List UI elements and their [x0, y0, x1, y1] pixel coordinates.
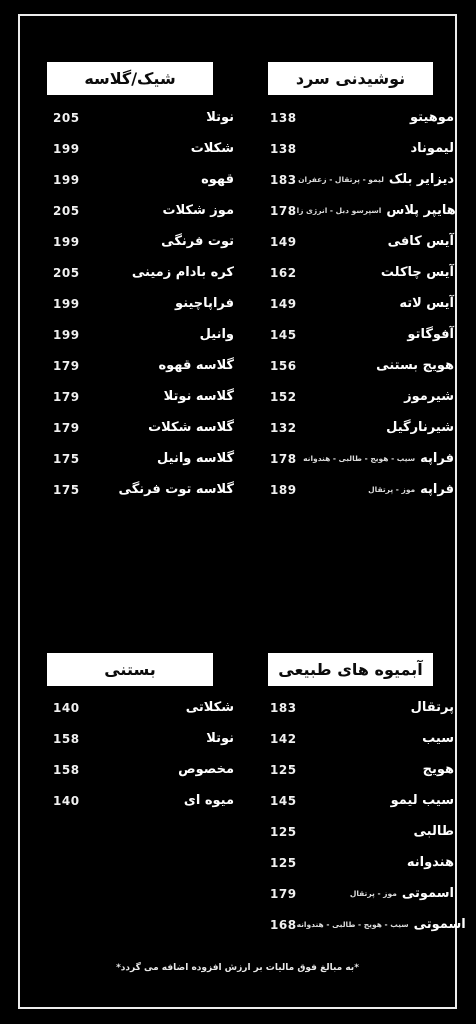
item-price: 199 — [53, 328, 80, 342]
item-name-group: فراپهموز - پرتقال — [368, 482, 454, 497]
item-price: 178 — [270, 204, 297, 218]
section-title-ice-cream: بستنی — [47, 653, 213, 686]
item-name-group: فراپهسیب - هویج - طالبی - هندوانه — [303, 451, 454, 466]
menu-item-row: 168اسموتیسیب - هویج - طالبی - هندوانه — [270, 909, 454, 940]
item-price: 149 — [270, 235, 297, 249]
item-price: 156 — [270, 359, 297, 373]
item-price: 199 — [53, 297, 80, 311]
item-name: پرتقال — [411, 700, 454, 715]
item-name-group: فراپاچینو — [175, 296, 234, 311]
menu-item-row: 138لیموناد — [270, 133, 454, 164]
item-price: 132 — [270, 421, 297, 435]
item-name-group: مخصوص — [178, 762, 234, 777]
item-name: فراپاچینو — [175, 296, 234, 311]
item-name: شکلات — [191, 141, 234, 156]
item-name: گلاسه توت فرنگی — [119, 482, 234, 497]
item-list-ice-cream: 140شکلاتی158نوتلا158مخصوص140میوه ای — [53, 692, 234, 816]
menu-item-row: 183دیزایر بلکلیمو - پرتقال - زعفران — [270, 164, 454, 195]
item-name: هویج — [423, 762, 454, 777]
item-name-group: هایپر پلاساسپرسو دبل - انرژی زا — [297, 203, 456, 218]
item-price: 138 — [270, 111, 297, 125]
item-name: هایپر پلاس — [386, 203, 455, 218]
item-name-group: نوتلا — [206, 110, 234, 125]
item-price: 199 — [53, 142, 80, 156]
menu-item-row: 199قهوه — [53, 164, 234, 195]
item-price: 168 — [270, 918, 297, 932]
item-name-group: هویج بستنی — [376, 358, 454, 373]
item-name: آیس کافی — [388, 234, 454, 249]
item-note: موز - پرتقال — [368, 485, 415, 494]
item-name-group: شیرنارگیل — [386, 420, 454, 435]
item-price: 199 — [53, 173, 80, 187]
item-note: موز - پرتقال — [350, 889, 397, 898]
item-name: سیب — [422, 731, 454, 746]
item-name-group: شیرموز — [404, 389, 454, 404]
item-name: وانیل — [200, 327, 234, 342]
menu-item-row: 205موز شکلات — [53, 195, 234, 226]
item-price: 179 — [53, 359, 80, 373]
menu-item-row: 158نوتلا — [53, 723, 234, 754]
item-price: 125 — [270, 856, 297, 870]
item-name-group: شکلاتی — [186, 700, 234, 715]
item-name-group: هندوانه — [407, 855, 454, 870]
item-name: گلاسه نوتلا — [164, 389, 234, 404]
item-name-group: هویج — [423, 762, 454, 777]
section-title-text: نوشیدنی سرد — [296, 69, 405, 88]
item-name-group: اسموتیموز - پرتقال — [350, 886, 454, 901]
item-name-group: پرتقال — [411, 700, 454, 715]
item-name: فراپه — [420, 482, 454, 497]
item-name-group: دیزایر بلکلیمو - پرتقال - زعفران — [298, 172, 454, 187]
item-name-group: لیموناد — [411, 141, 455, 156]
item-name: موز شکلات — [163, 203, 235, 218]
section-title-text: بستنی — [104, 660, 156, 679]
item-name-group: گلاسه توت فرنگی — [119, 482, 234, 497]
item-price: 199 — [53, 235, 80, 249]
menu-item-row: 145سیب لیمو — [270, 785, 454, 816]
item-name: کره بادام زمینی — [132, 265, 234, 280]
item-name: مخصوص — [178, 762, 234, 777]
item-name: طالبی — [414, 824, 454, 839]
item-name-group: وانیل — [200, 327, 234, 342]
item-name: آیس لاته — [399, 296, 454, 311]
item-name: آیس چاکلت — [381, 265, 454, 280]
menu-item-row: 205کره بادام زمینی — [53, 257, 234, 288]
menu-item-row: 175گلاسه وانیل — [53, 443, 234, 474]
menu-item-row: 199وانیل — [53, 319, 234, 350]
item-name: توت فرنگی — [161, 234, 234, 249]
item-name-group: گلاسه قهوه — [158, 358, 234, 373]
menu-item-row: 125هندوانه — [270, 847, 454, 878]
menu-item-row: 179گلاسه نوتلا — [53, 381, 234, 412]
item-name-group: طالبی — [414, 824, 454, 839]
item-name: گلاسه قهوه — [158, 358, 234, 373]
item-name-group: آیس لاته — [399, 296, 454, 311]
menu-item-row: 179گلاسه شکلات — [53, 412, 234, 443]
item-name: شیرنارگیل — [386, 420, 454, 435]
item-price: 205 — [53, 266, 80, 280]
item-price: 140 — [53, 701, 80, 715]
item-name: شیرموز — [404, 389, 454, 404]
item-name: اسموتی — [402, 886, 454, 901]
item-price: 149 — [270, 297, 297, 311]
item-price: 183 — [270, 173, 297, 187]
item-note: سیب - هویج - طالبی - هندوانه — [297, 920, 409, 929]
item-list-natural-juices: 183پرتقال142سیب125هویج145سیب لیمو125طالب… — [270, 692, 454, 940]
item-note: اسپرسو دبل - انرژی زا — [297, 206, 382, 215]
item-list-cold-drinks: 138موهیتو138لیموناد183دیزایر بلکلیمو - پ… — [270, 102, 454, 505]
item-price: 178 — [270, 452, 297, 466]
menu-item-row: 125هویج — [270, 754, 454, 785]
item-name-group: آیس کافی — [388, 234, 454, 249]
menu-item-row: 149آیس لاته — [270, 288, 454, 319]
item-name-group: سیب لیمو — [391, 793, 454, 808]
menu-item-row: 132شیرنارگیل — [270, 412, 454, 443]
item-name-group: کره بادام زمینی — [132, 265, 234, 280]
item-name-group: گلاسه نوتلا — [164, 389, 234, 404]
item-name: سیب لیمو — [391, 793, 454, 808]
item-price: 152 — [270, 390, 297, 404]
menu-item-row: 179گلاسه قهوه — [53, 350, 234, 381]
item-price: 125 — [270, 825, 297, 839]
item-price: 162 — [270, 266, 297, 280]
item-name-group: شکلات — [191, 141, 234, 156]
section-title-cold-drinks: نوشیدنی سرد — [268, 62, 433, 95]
item-name-group: قهوه — [201, 172, 234, 187]
item-name: قهوه — [201, 172, 234, 187]
item-price: 158 — [53, 732, 80, 746]
menu-item-row: 142سیب — [270, 723, 454, 754]
menu-item-row: 145آفوگاتو — [270, 319, 454, 350]
item-name-group: آیس چاکلت — [381, 265, 454, 280]
menu-item-row: 183پرتقال — [270, 692, 454, 723]
item-name-group: نوتلا — [206, 731, 234, 746]
menu-item-row: 140میوه ای — [53, 785, 234, 816]
item-name: هندوانه — [407, 855, 454, 870]
item-list-shake-glasse: 205نوتلا199شکلات199قهوه205موز شکلات199تو… — [53, 102, 234, 505]
item-name: شکلاتی — [186, 700, 234, 715]
item-name: گلاسه شکلات — [148, 420, 234, 435]
item-price: 145 — [270, 794, 297, 808]
item-price: 179 — [53, 421, 80, 435]
menu-item-row: 125طالبی — [270, 816, 454, 847]
menu-item-row: 178فراپهسیب - هویج - طالبی - هندوانه — [270, 443, 454, 474]
item-name-group: موز شکلات — [163, 203, 235, 218]
item-name: گلاسه وانیل — [157, 451, 234, 466]
menu-item-row: 189فراپهموز - پرتقال — [270, 474, 454, 505]
item-name: اسموتی — [414, 917, 466, 932]
item-name: آفوگاتو — [407, 327, 454, 342]
menu-item-row: 178هایپر پلاساسپرسو دبل - انرژی زا — [270, 195, 454, 226]
item-price: 175 — [53, 483, 80, 497]
menu-item-row: 158مخصوص — [53, 754, 234, 785]
menu-item-row: 199فراپاچینو — [53, 288, 234, 319]
item-price: 179 — [270, 887, 297, 901]
item-name: موهیتو — [410, 110, 454, 125]
item-name-group: گلاسه وانیل — [157, 451, 234, 466]
item-note: سیب - هویج - طالبی - هندوانه — [303, 454, 415, 463]
item-name-group: آفوگاتو — [407, 327, 454, 342]
item-price: 175 — [53, 452, 80, 466]
item-price: 179 — [53, 390, 80, 404]
menu-item-row: 179اسموتیموز - پرتقال — [270, 878, 454, 909]
item-price: 145 — [270, 328, 297, 342]
item-name-group: اسموتیسیب - هویج - طالبی - هندوانه — [297, 917, 466, 932]
item-name: لیموناد — [411, 141, 455, 156]
item-price: 205 — [53, 204, 80, 218]
menu-item-row: 162آیس چاکلت — [270, 257, 454, 288]
item-name: دیزایر بلک — [389, 172, 454, 187]
item-price: 158 — [53, 763, 80, 777]
menu-page: { "page": { "background_color": "#000000… — [0, 0, 476, 1024]
menu-item-row: 175گلاسه توت فرنگی — [53, 474, 234, 505]
item-name: نوتلا — [206, 731, 234, 746]
item-name-group: موهیتو — [410, 110, 454, 125]
menu-item-row: 138موهیتو — [270, 102, 454, 133]
item-price: 125 — [270, 763, 297, 777]
menu-item-row: 205نوتلا — [53, 102, 234, 133]
item-name-group: توت فرنگی — [161, 234, 234, 249]
item-name-group: سیب — [422, 731, 454, 746]
menu-item-row: 199شکلات — [53, 133, 234, 164]
menu-item-row: 152شیرموز — [270, 381, 454, 412]
item-name: میوه ای — [184, 793, 234, 808]
menu-item-row: 199توت فرنگی — [53, 226, 234, 257]
section-title-text: شیک/گلاسه — [84, 69, 175, 88]
section-title-natural-juices: آبمیوه های طبیعی — [268, 653, 433, 686]
item-note: لیمو - پرتقال - زعفران — [298, 175, 384, 184]
item-price: 142 — [270, 732, 297, 746]
item-price: 138 — [270, 142, 297, 156]
item-price: 183 — [270, 701, 297, 715]
item-name: هویج بستنی — [376, 358, 454, 373]
item-price: 189 — [270, 483, 297, 497]
menu-item-row: 149آیس کافی — [270, 226, 454, 257]
section-title-shake-glasse: شیک/گلاسه — [47, 62, 213, 95]
menu-item-row: 140شکلاتی — [53, 692, 234, 723]
vat-footnote: *به مبالغ فوق مالیات بر ارزش افزوده اضاف… — [18, 963, 457, 973]
menu-item-row: 156هویج بستنی — [270, 350, 454, 381]
item-price: 205 — [53, 111, 80, 125]
item-name: نوتلا — [206, 110, 234, 125]
section-title-text: آبمیوه های طبیعی — [278, 660, 422, 679]
item-name-group: میوه ای — [184, 793, 234, 808]
item-price: 140 — [53, 794, 80, 808]
item-name-group: گلاسه شکلات — [148, 420, 234, 435]
item-name: فراپه — [420, 451, 454, 466]
